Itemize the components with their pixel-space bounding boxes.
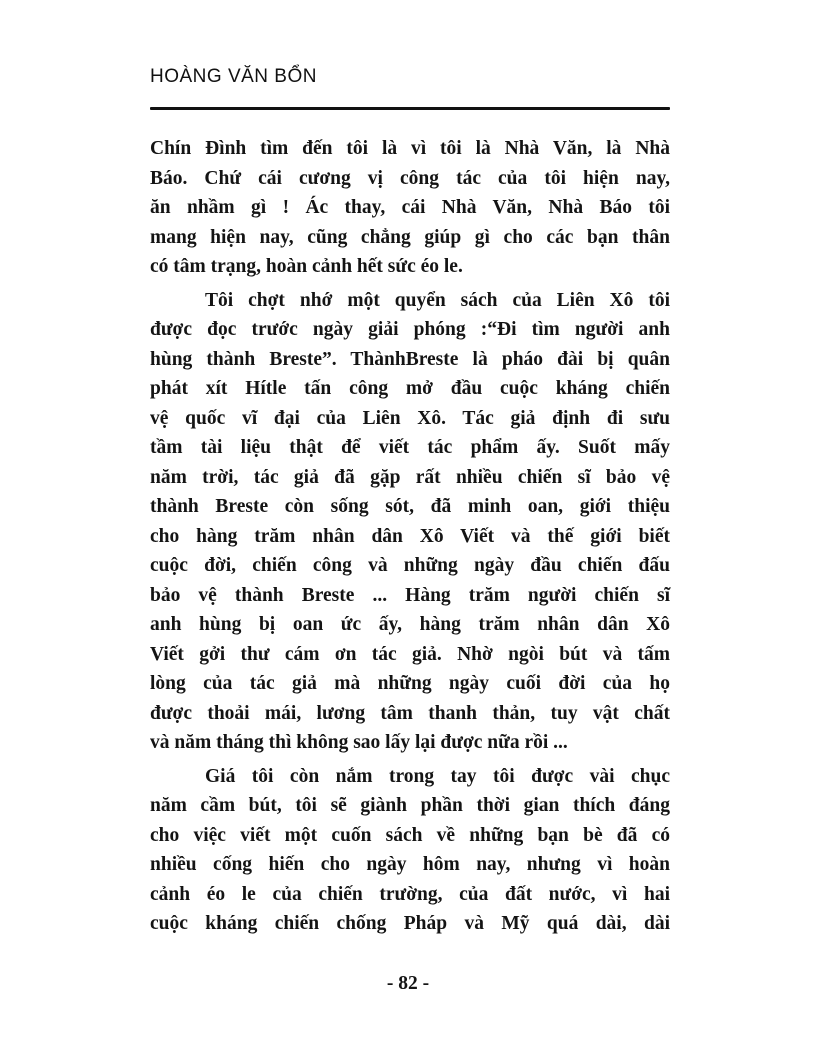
- text-line: cảnh éo le của chiến trường, của đất nướ…: [150, 880, 670, 910]
- text-line: bảo vệ thành Breste ... Hàng trăm người …: [150, 581, 670, 611]
- page-number: - 82 -: [0, 973, 816, 995]
- text-line: hùng thành Breste”. ThànhBreste là pháo …: [150, 345, 670, 375]
- text-line: Viết gởi thư cám ơn tác giả. Nhờ ngòi bú…: [150, 640, 670, 670]
- text-line: Tôi chợt nhớ một quyển sách của Liên Xô …: [150, 286, 670, 316]
- text-line: Báo. Chứ cái cương vị công tác của tôi h…: [150, 164, 670, 194]
- text-line: lòng của tác giả mà những ngày cuối đời …: [150, 669, 670, 699]
- text-line: Giá tôi còn nắm trong tay tôi được vài c…: [150, 762, 670, 792]
- text-line: vệ quốc vĩ đại của Liên Xô. Tác giả định…: [150, 404, 670, 434]
- running-head-author: HOÀNG VĂN BỔN: [150, 66, 317, 88]
- text-line: năm cầm bút, tôi sẽ giành phần thời gian…: [150, 791, 670, 821]
- text-line: cuộc đời, chiến công và những ngày đầu c…: [150, 551, 670, 581]
- text-line: và năm tháng thì không sao lấy lại được …: [150, 728, 670, 758]
- text-line: năm trời, tác giả đã gặp rất nhiều chiến…: [150, 463, 670, 493]
- text-line: cho việc viết một cuốn sách về những bạn…: [150, 821, 670, 851]
- paragraph-1: Chín Đình tìm đến tôi là vì tôi là Nhà V…: [150, 134, 670, 282]
- paragraph-2: Tôi chợt nhớ một quyển sách của Liên Xô …: [150, 286, 670, 758]
- header-rule: [150, 107, 670, 110]
- text-line: Chín Đình tìm đến tôi là vì tôi là Nhà V…: [150, 134, 670, 164]
- paragraph-3: Giá tôi còn nắm trong tay tôi được vài c…: [150, 762, 670, 939]
- text-line: tầm tài liệu thật để viết tác phẩm ấy. S…: [150, 433, 670, 463]
- book-page: HOÀNG VĂN BỔN Chín Đình tìm đến tôi là v…: [0, 0, 816, 1056]
- text-line: có tâm trạng, hoàn cảnh hết sức éo le.: [150, 252, 670, 282]
- body-text: Chín Đình tìm đến tôi là vì tôi là Nhà V…: [150, 134, 670, 939]
- text-line: được thoải mái, lương tâm thanh thản, tu…: [150, 699, 670, 729]
- text-line: mang hiện nay, cũng chẳng giúp gì cho cá…: [150, 223, 670, 253]
- text-line: cuộc kháng chiến chống Pháp và Mỹ quá dà…: [150, 909, 670, 939]
- text-line: ăn nhầm gì ! Ác thay, cái Nhà Văn, Nhà B…: [150, 193, 670, 223]
- text-line: phát xít Hítle tấn công mở đầu cuộc khán…: [150, 374, 670, 404]
- text-line: được đọc trước ngày giải phóng :“Đi tìm …: [150, 315, 670, 345]
- text-line: thành Breste còn sống sót, đã minh oan, …: [150, 492, 670, 522]
- text-line: nhiều cống hiến cho ngày hôm nay, nhưng …: [150, 850, 670, 880]
- text-line: anh hùng bị oan ức ấy, hàng trăm nhân dâ…: [150, 610, 670, 640]
- text-line: cho hàng trăm nhân dân Xô Viết và thế gi…: [150, 522, 670, 552]
